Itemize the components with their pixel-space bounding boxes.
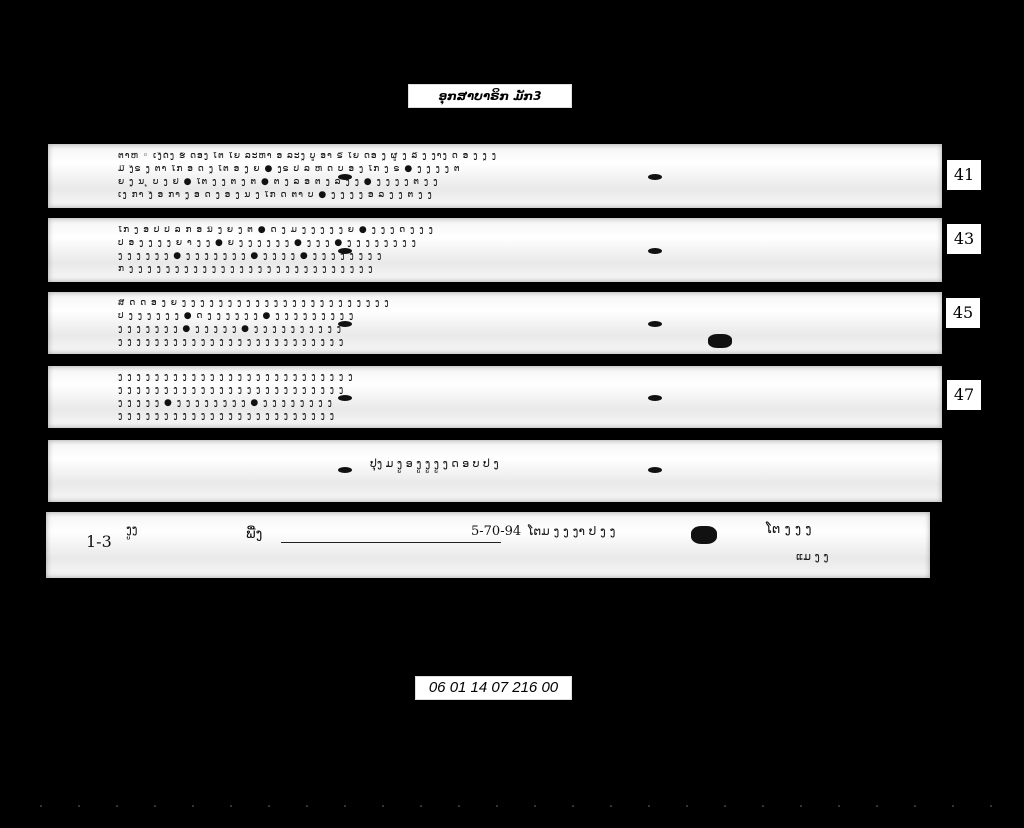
cover-title: ປຸງ ມ ງູ ອ ງູ ງູ ງູ ງ ດ ອ ບ ປ ງ (370, 457, 499, 470)
text-line: ປິ ອ ງ ງ ງ ງ ຍ າ ງ ງ ● ຍ ງ ງ ງ ງ ງ ງ ● ງ… (118, 239, 902, 248)
palm-leaf-47: ງ ງ ງ ງ ງ ງ ງ ງ ງ ງ ງ ງ ງ ງ ງ ງ ງ ງ ງ ງ … (48, 366, 942, 428)
text-line: ງ ງ ງ ງ ງ ງ ● ງ ງ ງ ງ ງ ງ ງ ● ງ ງ ງ ງ ● … (118, 252, 902, 261)
text-line: ເງ ກາ ງິ ອ ກາ ງູ ອ ດ ງ ອ ງ ນ ງ ໂກ ດ ຕາ ບ… (118, 191, 902, 200)
text-line: ປ ງ ງ ງ ງ ງ ງ ● ດ ງ ງ ງ ງ ງ ງ ● ງ ງ ງ ງ … (118, 312, 902, 321)
signature-2: ແມ ງ ງ (796, 550, 829, 563)
text-line: ຍ ງູ ນ ຸ ບ ງ ຢ ● ໂຕ ງ ງ ຕ ງ ຕ ● ຕ ງ ລ ອ … (118, 178, 902, 187)
ink-smudge (708, 334, 732, 348)
text-line: ງ ງ ງ ງ ງ ງ ງ ງ ງ ງ ງ ງ ງ ງ ງ ງ ງ ງ ງ ງ … (118, 412, 902, 421)
text-line: ງ ງ ງ ງ ງ ງ ງ ● ງ ງ ງ ງ ງ ● ງ ງ ງ ງ ງ ງ … (118, 325, 902, 334)
binding-hole (648, 321, 662, 327)
text-line: ມີ ງິຣ ງູ ຕາ ໂກ ອ ດ ງູ ໂຕ ອ ງູ ຍ ● ງຣ ປ … (118, 165, 902, 174)
text-line: ສິ ດ ດ ອ ງ ຍ ງ ງ ງ ງ ງ ງ ງ ງ ງ ງ ງ ງ ງ ງ… (118, 299, 902, 308)
underline (281, 542, 501, 543)
text-line: ກ ງ ງ ງ ງ ງ ງ ງ ງ ງ ງ ງ ງ ງ ງ ງ ງ ງ ງ ງ … (118, 265, 902, 274)
text-line: ຕາຫ ◦ ເງິ​ດັ່ງ ຮິ ດອງ ໂຕັ ໂຍ ລະຫາ ອ ລະງູ… (118, 152, 902, 161)
binding-hole (648, 467, 662, 473)
date-text: 5-70-94 (471, 524, 521, 539)
text-line: ງ ງ ງ ງ ງ ງ ງ ງ ງ ງ ງ ງ ງ ງ ງ ງ ງ ງ ງ ງ … (118, 386, 902, 395)
binding-hole (338, 248, 352, 254)
binding-hole (338, 174, 352, 180)
signature-1: ໂຕ ງ ງ ງ (766, 522, 812, 537)
page-number-43: 43 (947, 224, 981, 254)
mark-1: ງູງ (126, 522, 138, 536)
catalog-id-label: 06 01 14 07 216 00 (415, 676, 572, 700)
text-line: ງ ງ ງ ງ ງ ງ ງ ງ ງ ງ ງ ງ ງ ງ ງ ງ ງ ງ ງ ງ … (118, 373, 902, 382)
binding-hole (648, 395, 662, 401)
header-label: ອຸກສາບາຣິກ ມັກ3 (408, 84, 572, 108)
mark-2: ພື່ງ (246, 526, 262, 542)
page-number-41: 41 (947, 160, 981, 190)
binding-hole (338, 321, 352, 327)
palm-leaf-41: ຕາຫ ◦ ເງິ​ດັ່ງ ຮິ ດອງ ໂຕັ ໂຍ ລະຫາ ອ ລະງູ… (48, 144, 942, 208)
page-number-47: 47 (947, 380, 981, 410)
palm-leaf-43: ໂກ ງ ອ ປ ປ ລ ກ ອ ນິ ງ ຍ ງ ຕ ● ດ ງ ມ ງ ງ … (48, 218, 942, 282)
palm-leaf-45: ສິ ດ ດ ອ ງ ຍ ງ ງ ງ ງ ງ ງ ງ ງ ງ ງ ງ ງ ງ ງ… (48, 292, 942, 354)
text-line: ໂກ ງ ອ ປ ປ ລ ກ ອ ນິ ງ ຍ ງ ຕ ● ດ ງ ມ ງ ງ … (118, 226, 902, 235)
text-line: ງ ງ ງ ງ ງ ● ງ ງ ງ ງ ງ ງ ງ ງ ● ງ ງ ງ ງ ງ … (118, 399, 902, 408)
binding-hole (338, 395, 352, 401)
page-number-45: 45 (946, 298, 980, 328)
scan-noise (40, 805, 1020, 807)
cover-leaf: ປຸງ ມ ງູ ອ ງູ ງູ ງູ ງ ດ ອ ບ ປ ງ (48, 440, 942, 502)
binding-hole (648, 248, 662, 254)
binding-hole (648, 174, 662, 180)
text-line: ງ ງ ງ ງ ງ ງ ງ ງ ງ ງ ງ ງ ງ ງ ງ ງ ງ ງ ງ ງ … (118, 338, 902, 347)
colophon-leaf: 1-3 ງູງ ພື່ງ 5-70-94 ໂຕມ ງ ງ ງາ ປ ງ ງ ໂຕ… (46, 512, 930, 578)
binding-hole (338, 467, 352, 473)
ink-smudge (691, 526, 717, 544)
note-text: ໂຕມ ງ ງ ງາ ປ ງ ງ (528, 524, 615, 538)
number-mark: 1-3 (86, 532, 112, 551)
